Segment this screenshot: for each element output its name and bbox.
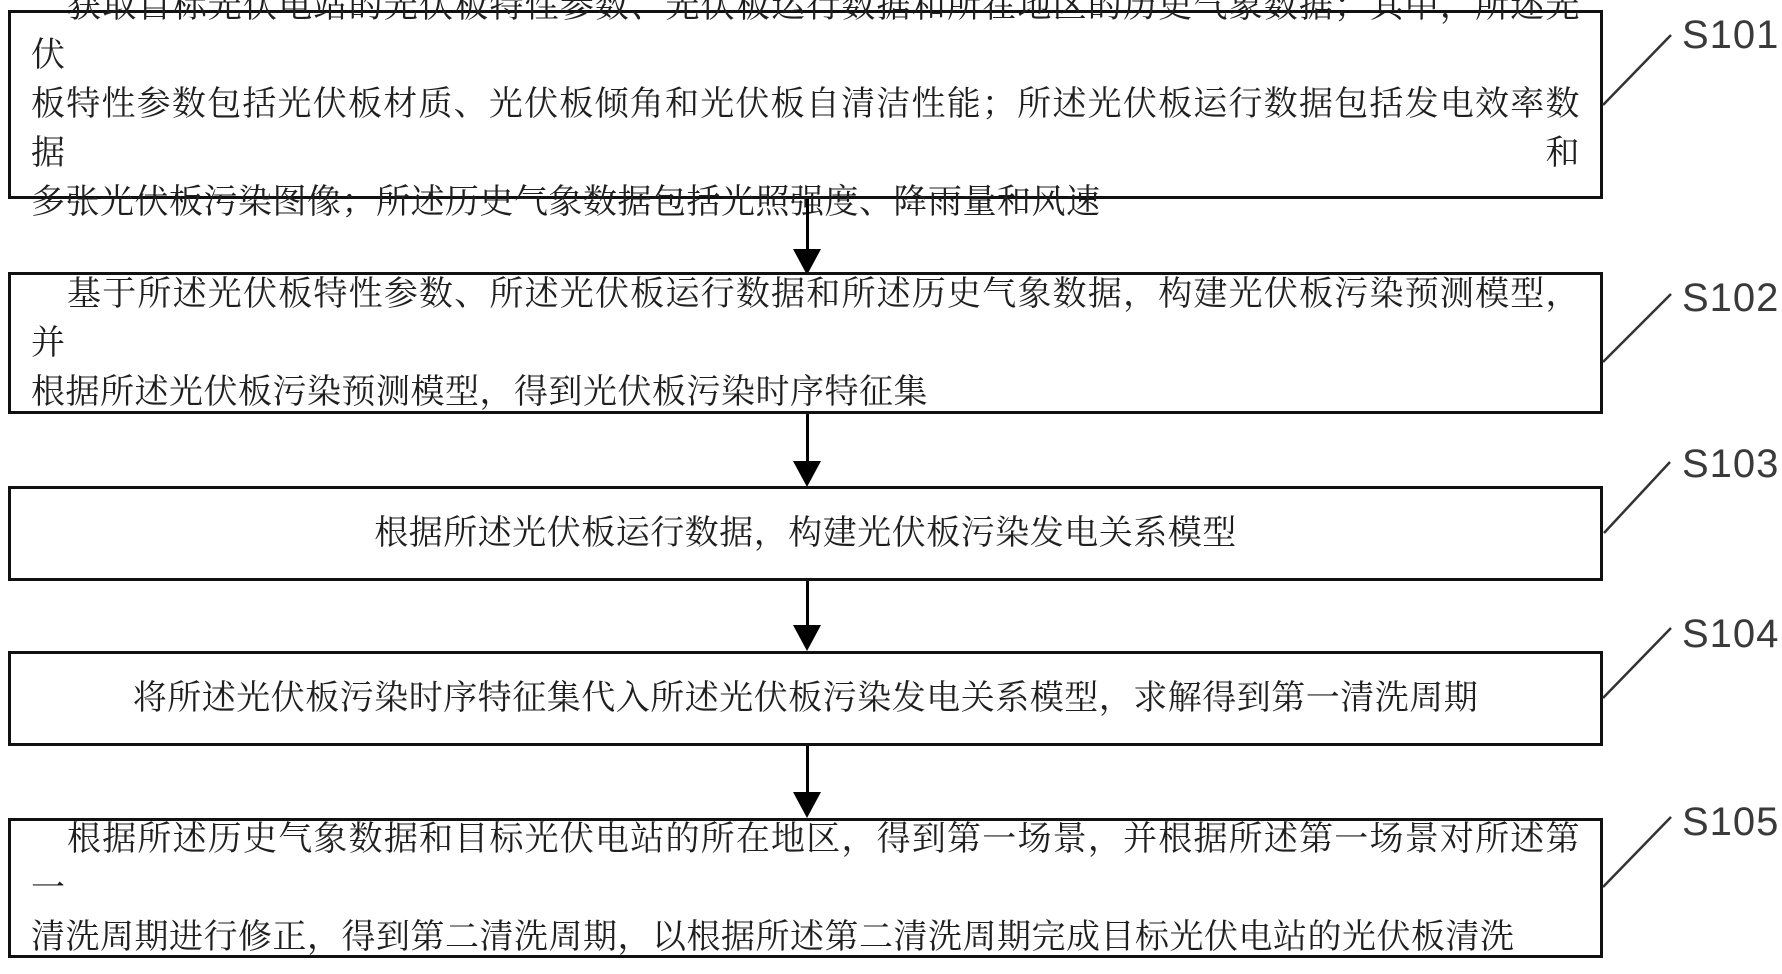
step-text-line: 根据所述光伏板污染预测模型，得到光伏板污染时序特征集 [31,368,1580,417]
flowchart-canvas: 获取目标光伏电站的光伏板特性参数、光伏板运行数据和所在地区的历史气象数据；其中，… [0,0,1782,974]
step-label-s102: S102 [1682,276,1779,320]
flow-arrow-down-icon [793,746,821,818]
arrow-head [793,461,821,487]
step-text-line: 基于所述光伏板特性参数、所述光伏板运行数据和所述历史气象数据，构建光伏板污染预测… [31,270,1580,368]
flow-arrow-down-icon [793,581,821,651]
step-label-s105: S105 [1682,800,1779,844]
step-label-s103: S103 [1682,442,1779,486]
step-text-line: 清洗周期进行修正，得到第二清洗周期，以根据所述第二清洗周期完成目标光伏电站的光伏… [31,913,1580,962]
flow-arrow-down-icon [793,414,821,487]
step-label-s104: S104 [1682,612,1779,656]
arrow-shaft [806,581,809,627]
label-connector-line [1603,294,1671,362]
step-label-s101: S101 [1682,13,1779,57]
label-connector-line [1603,817,1671,887]
label-connector-line [1603,35,1671,105]
arrow-head [793,625,821,651]
arrow-shaft [806,746,809,794]
step-box-s101: 获取目标光伏电站的光伏板特性参数、光伏板运行数据和所在地区的历史气象数据；其中，… [8,10,1603,199]
step-text-line: 板特性参数包括光伏板材质、光伏板倾角和光伏板自清洁性能；所述光伏板运行数据包括发… [31,80,1580,178]
step-text-line: 将所述光伏板污染时序特征集代入所述光伏板污染发电关系模型，求解得到第一清洗周期 [31,674,1580,723]
label-connector-line [1603,628,1671,698]
step-box-s104: 将所述光伏板污染时序特征集代入所述光伏板污染发电关系模型，求解得到第一清洗周期 [8,651,1603,746]
step-box-s103: 根据所述光伏板运行数据，构建光伏板污染发电关系模型 [8,486,1603,581]
step-box-s102: 基于所述光伏板特性参数、所述光伏板运行数据和所述历史气象数据，构建光伏板污染预测… [8,272,1603,414]
step-text-line: 获取目标光伏电站的光伏板特性参数、光伏板运行数据和所在地区的历史气象数据；其中，… [31,0,1580,80]
step-text-line: 根据所述历史气象数据和目标光伏电站的所在地区，得到第一场景，并根据所述第一场景对… [31,815,1580,913]
label-connector-line [1604,462,1670,533]
flow-arrow-down-icon [793,199,821,275]
arrow-shaft [806,199,809,251]
step-text-line: 根据所述光伏板运行数据，构建光伏板污染发电关系模型 [31,509,1580,558]
arrow-shaft [806,414,809,463]
step-box-s105: 根据所述历史气象数据和目标光伏电站的所在地区，得到第一场景，并根据所述第一场景对… [8,818,1603,958]
